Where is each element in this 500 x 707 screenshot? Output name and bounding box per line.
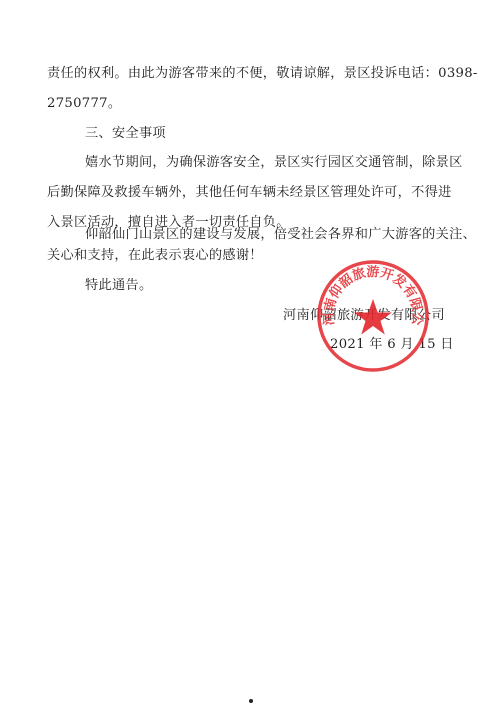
paragraph-line: 2750777。 (47, 96, 121, 112)
paragraph-line: 后勤保障及救援车辆外，其他任何车辆未经景区管理处许可，不得进 (47, 185, 452, 201)
section-heading: 三、安全事项 (85, 126, 166, 142)
company-seal: 河南仰韶旅游开发有限公司 (316, 259, 430, 373)
closing-line: 特此通告。 (85, 278, 152, 294)
paragraph-line: 关心和支持，在此表示衷心的感谢！ (47, 248, 263, 264)
paragraph-line: 责任的权利。由此为游客带来的不便，敬请谅解，景区投诉电话：0398- (47, 66, 478, 82)
page-marker (249, 699, 253, 703)
paragraph-line: 嬉水节期间，为确保游客安全，景区实行园区交通管制，除景区 (85, 155, 463, 171)
paragraph-line: 仰韶仙门山景区的建设与发展，倍受社会各界和广大游客的关注、 (85, 227, 476, 243)
star-icon (354, 299, 392, 335)
